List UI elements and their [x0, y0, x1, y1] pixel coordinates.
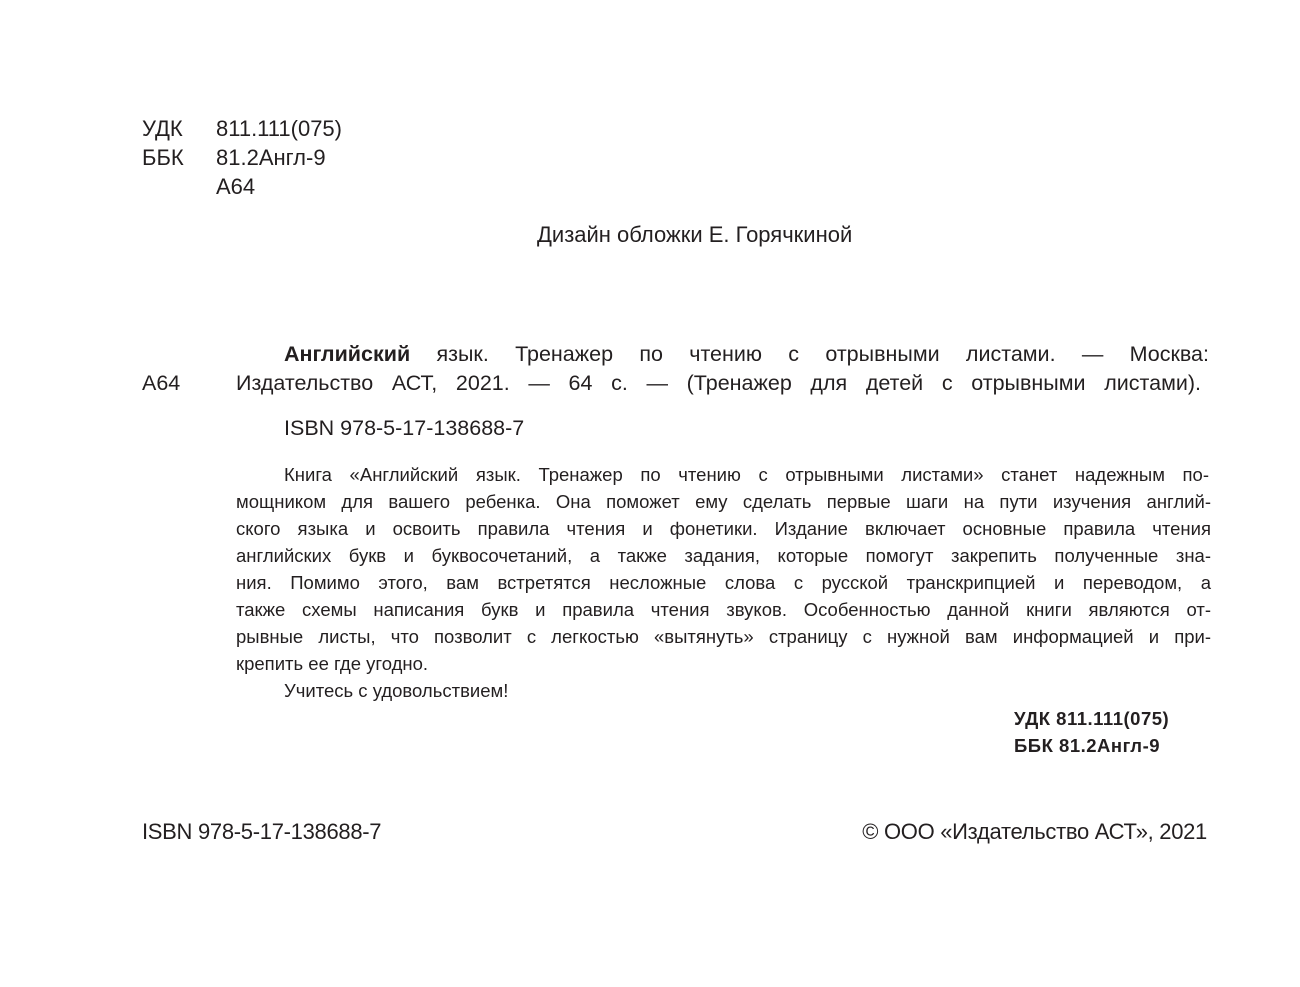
bib-isbn: ISBN 978-5-17-138688-7 [284, 413, 524, 443]
annotation-closing: Учитесь с удовольствием! [284, 677, 508, 704]
bib-title-rest: язык. Тренажер по чтению с отрывными лис… [410, 342, 1209, 366]
cutter-code: А64 [216, 172, 255, 202]
bold-bbk: ББК 81.2Англ-9 [1014, 732, 1160, 759]
annotation-line: английских букв и буквосочетаний, а такж… [236, 542, 1211, 569]
bib-record-line-1: Английский язык. Тренажер по чтению с от… [284, 339, 1209, 369]
annotation-line: Книга «Английский язык. Тренажер по чтен… [284, 461, 1209, 488]
bbk-label: ББК [142, 143, 184, 173]
annotation-line: рывные листы, что позволит с легкостью «… [236, 623, 1211, 650]
udk-value: 811.111(075) [216, 114, 342, 144]
bold-udk: УДК 811.111(075) [1014, 705, 1169, 732]
bib-cutter: А64 [142, 368, 180, 398]
udk-label: УДК [142, 114, 183, 144]
annotation-line: ния. Помимо этого, вам встретятся неслож… [236, 569, 1211, 596]
footer-isbn: ISBN 978-5-17-138688-7 [142, 817, 381, 847]
bbk-value: 81.2Англ-9 [216, 143, 326, 173]
bib-record-line-2: Издательство АСТ, 2021. — 64 с. — (Трена… [236, 368, 1201, 398]
footer-copyright: © ООО «Издательство АСТ», 2021 [862, 817, 1207, 847]
annotation-line: ского языка и освоить правила чтения и ф… [236, 515, 1211, 542]
bib-title-bold: Английский [284, 342, 410, 366]
annotation-line: также схемы написания букв и правила чте… [236, 596, 1211, 623]
annotation-line: крепить ее где угодно. [236, 650, 428, 677]
cover-design-credit: Дизайн обложки Е. Горячкиной [537, 220, 852, 250]
annotation-line: мощником для вашего ребенка. Она поможет… [236, 488, 1211, 515]
